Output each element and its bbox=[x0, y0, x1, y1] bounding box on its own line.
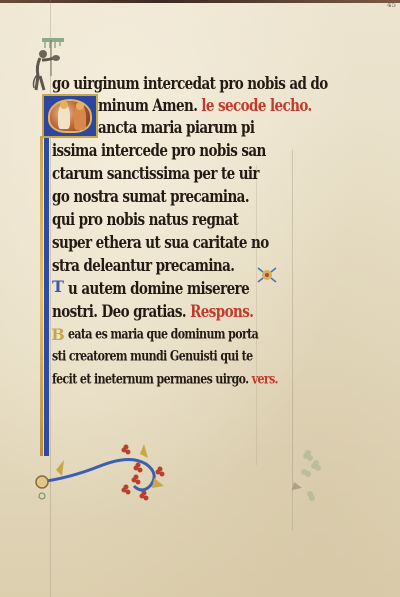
ruling-line bbox=[256, 165, 257, 465]
text-line: super ethera ut sua caritate no bbox=[52, 233, 269, 253]
line-text: qui pro nobis natus regnat bbox=[52, 210, 238, 230]
text-line: go nostra sumat precamina. bbox=[52, 187, 249, 207]
line-text: fecit et ineternum permanes uirgo. bbox=[52, 371, 248, 387]
text-line: go uirginum intercedat pro nobis ad do bbox=[52, 74, 328, 94]
manuscript-page: 45 go uirginum intercedat pro nobis ad d… bbox=[0, 0, 400, 597]
line-text: issima intercede pro nobis san bbox=[52, 141, 266, 161]
line-text: stra deleantur precamina. bbox=[52, 256, 234, 276]
line-text: ancta maria piarum pi bbox=[98, 118, 254, 138]
border-bar-gold bbox=[40, 136, 43, 456]
foliate-scroll-icon bbox=[30, 430, 190, 505]
line-text: go nostra sumat precamina. bbox=[52, 187, 249, 207]
line-text: eata es maria que dominum porta bbox=[68, 326, 258, 342]
historiated-initial-scene bbox=[48, 99, 92, 133]
initial-b: B bbox=[50, 326, 66, 344]
text-line: nostri. Deo gratias. Respons. bbox=[52, 302, 253, 322]
text-line: eata es maria que dominum porta bbox=[68, 326, 258, 342]
border-bar-blue bbox=[44, 136, 49, 456]
line-text: super ethera ut sua caritate no bbox=[52, 233, 269, 253]
initial-t: T bbox=[50, 278, 66, 296]
line-text: minum Amen. bbox=[98, 96, 197, 116]
line-text: u autem domine miserere bbox=[68, 279, 249, 299]
text-line: ancta maria piarum pi bbox=[98, 118, 254, 138]
text-line: stra deleantur precamina. bbox=[52, 256, 234, 276]
text-line: u autem domine miserere bbox=[68, 279, 249, 299]
offset-ghost-decoration-icon bbox=[274, 450, 324, 510]
line-text: go uirginum intercedat pro nobis ad do bbox=[52, 74, 328, 94]
rosette-line-filler-icon bbox=[256, 264, 278, 286]
text-line: issima intercede pro nobis san bbox=[52, 141, 266, 161]
rubric-text: le secode lecho. bbox=[201, 96, 311, 116]
text-line: fecit et ineternum permanes uirgo. vers. bbox=[52, 371, 278, 387]
text-line: qui pro nobis natus regnat bbox=[52, 210, 238, 230]
page-top-edge bbox=[0, 0, 400, 3]
line-text: sti creatorem mundi Genuisti qui te bbox=[52, 348, 253, 364]
text-line: sti creatorem mundi Genuisti qui te bbox=[52, 348, 253, 364]
halo-icon bbox=[60, 101, 68, 109]
line-text: ctarum sanctissima per te uir bbox=[52, 164, 259, 184]
line-text: nostri. Deo gratias. bbox=[52, 302, 186, 322]
rubric-text: Respons. bbox=[190, 302, 253, 322]
text-line: ctarum sanctissima per te uir bbox=[52, 164, 259, 184]
text-line: minum Amen. le secode lecho. bbox=[98, 96, 312, 116]
rubric-text: vers. bbox=[252, 371, 278, 387]
folio-number: 45 bbox=[387, 1, 396, 9]
halo-icon bbox=[76, 102, 84, 110]
historiated-initial bbox=[42, 94, 98, 138]
